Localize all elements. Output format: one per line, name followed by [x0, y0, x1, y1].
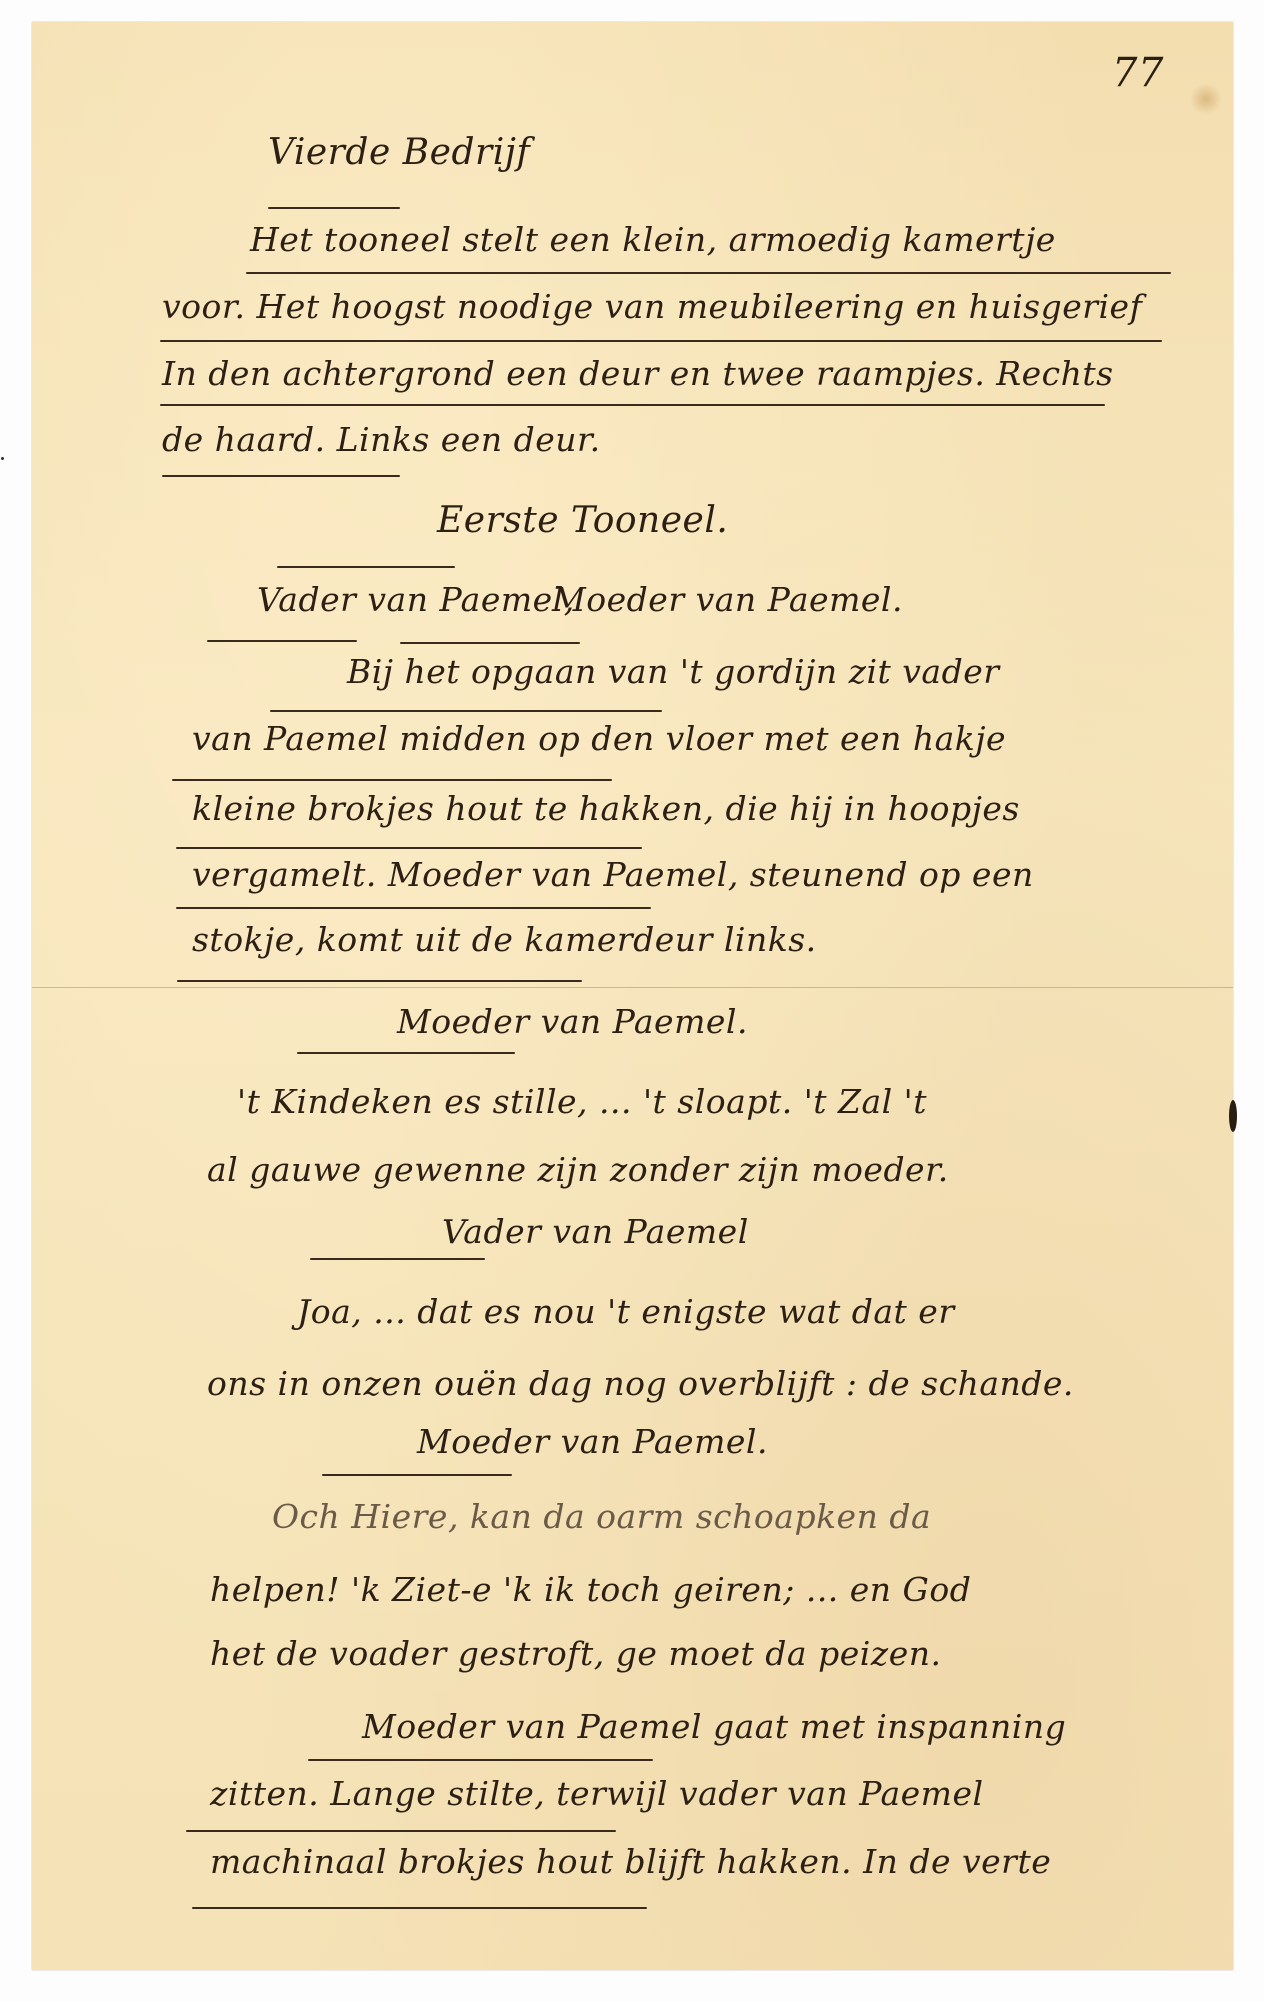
underline	[160, 404, 1105, 406]
act-title: Vierde Bedrijf	[268, 132, 530, 173]
underline	[207, 640, 357, 642]
dialogue-line: Joa, ... dat es nou 't enigste wat dat e…	[297, 1292, 955, 1331]
scene-title: Eerste Tooneel.	[437, 500, 728, 541]
stage-direction-line: de haard. Links een deur.	[162, 420, 601, 459]
stage-direction-line: stokje, komt uit de kamerdeur links.	[192, 920, 817, 959]
underline	[322, 1474, 512, 1476]
underline	[246, 272, 1171, 274]
speaker-name: Moeder van Paemel.	[417, 1422, 768, 1461]
stage-direction-line: In den achtergrond een deur en twee raam…	[162, 354, 1114, 393]
underline	[176, 907, 651, 909]
speaker-name: Moeder van Paemel.	[397, 1002, 748, 1041]
dialogue-line: Och Hiere, kan da oarm schoapken da	[272, 1497, 931, 1536]
dialogue-line: helpen! 'k Ziet-e 'k ik toch geiren; ...…	[210, 1570, 971, 1609]
underline	[277, 566, 455, 568]
dialogue-line: ons in onzen ouën dag nog overblijft : d…	[207, 1364, 1074, 1403]
underline	[160, 340, 1162, 342]
margin-dot	[1, 457, 4, 460]
dialogue-line: al gauwe gewenne zijn zonder zijn moeder…	[207, 1150, 949, 1189]
stage-direction-line: kleine brokjes hout te hakken, die hij i…	[192, 789, 1020, 828]
speaker-name: Vader van Paemel	[442, 1212, 749, 1251]
stage-direction-line: voor. Het hoogst noodige van meubileerin…	[162, 287, 1142, 326]
stage-direction-line: machinaal brokjes hout blijft hakken. In…	[210, 1842, 1051, 1881]
underline	[176, 847, 642, 849]
stage-direction-line: vergamelt. Moeder van Paemel, steunend o…	[192, 855, 1034, 894]
page-number: 77	[1112, 50, 1164, 96]
underline	[310, 1258, 485, 1260]
underline	[186, 1830, 616, 1832]
dialogue-line: 't Kindeken es stille, ... 't sloapt. 't…	[237, 1082, 927, 1121]
fold-crease	[32, 987, 1233, 988]
stage-direction-line: van Paemel midden op den vloer met een h…	[192, 719, 1006, 758]
stage-direction-line: Het tooneel stelt een klein, armoedig ka…	[250, 220, 1056, 259]
underline	[270, 710, 662, 712]
ink-blot	[1229, 1100, 1237, 1132]
manuscript-page: 77 Vierde Bedrijf Het tooneel stelt een …	[32, 22, 1233, 1970]
paper-stain	[1191, 82, 1221, 116]
dialogue-line: het de voader gestroft, ge moet da peize…	[210, 1634, 941, 1673]
stage-direction-line: Moeder van Paemel gaat met inspanning	[362, 1707, 1066, 1746]
scene-character: Vader van Paemel,	[257, 580, 575, 619]
underline	[172, 779, 612, 781]
stage-direction-line: zitten. Lange stilte, terwijl vader van …	[210, 1774, 984, 1813]
underline	[192, 1907, 647, 1909]
underline	[162, 475, 400, 477]
underline	[400, 642, 580, 644]
stage-direction-line: Bij het opgaan van 't gordijn zit vader	[347, 652, 1000, 691]
underline	[308, 1759, 653, 1761]
scene-character: Moeder van Paemel.	[552, 580, 903, 619]
underline	[177, 980, 582, 982]
underline	[297, 1052, 515, 1054]
underline	[268, 207, 400, 209]
